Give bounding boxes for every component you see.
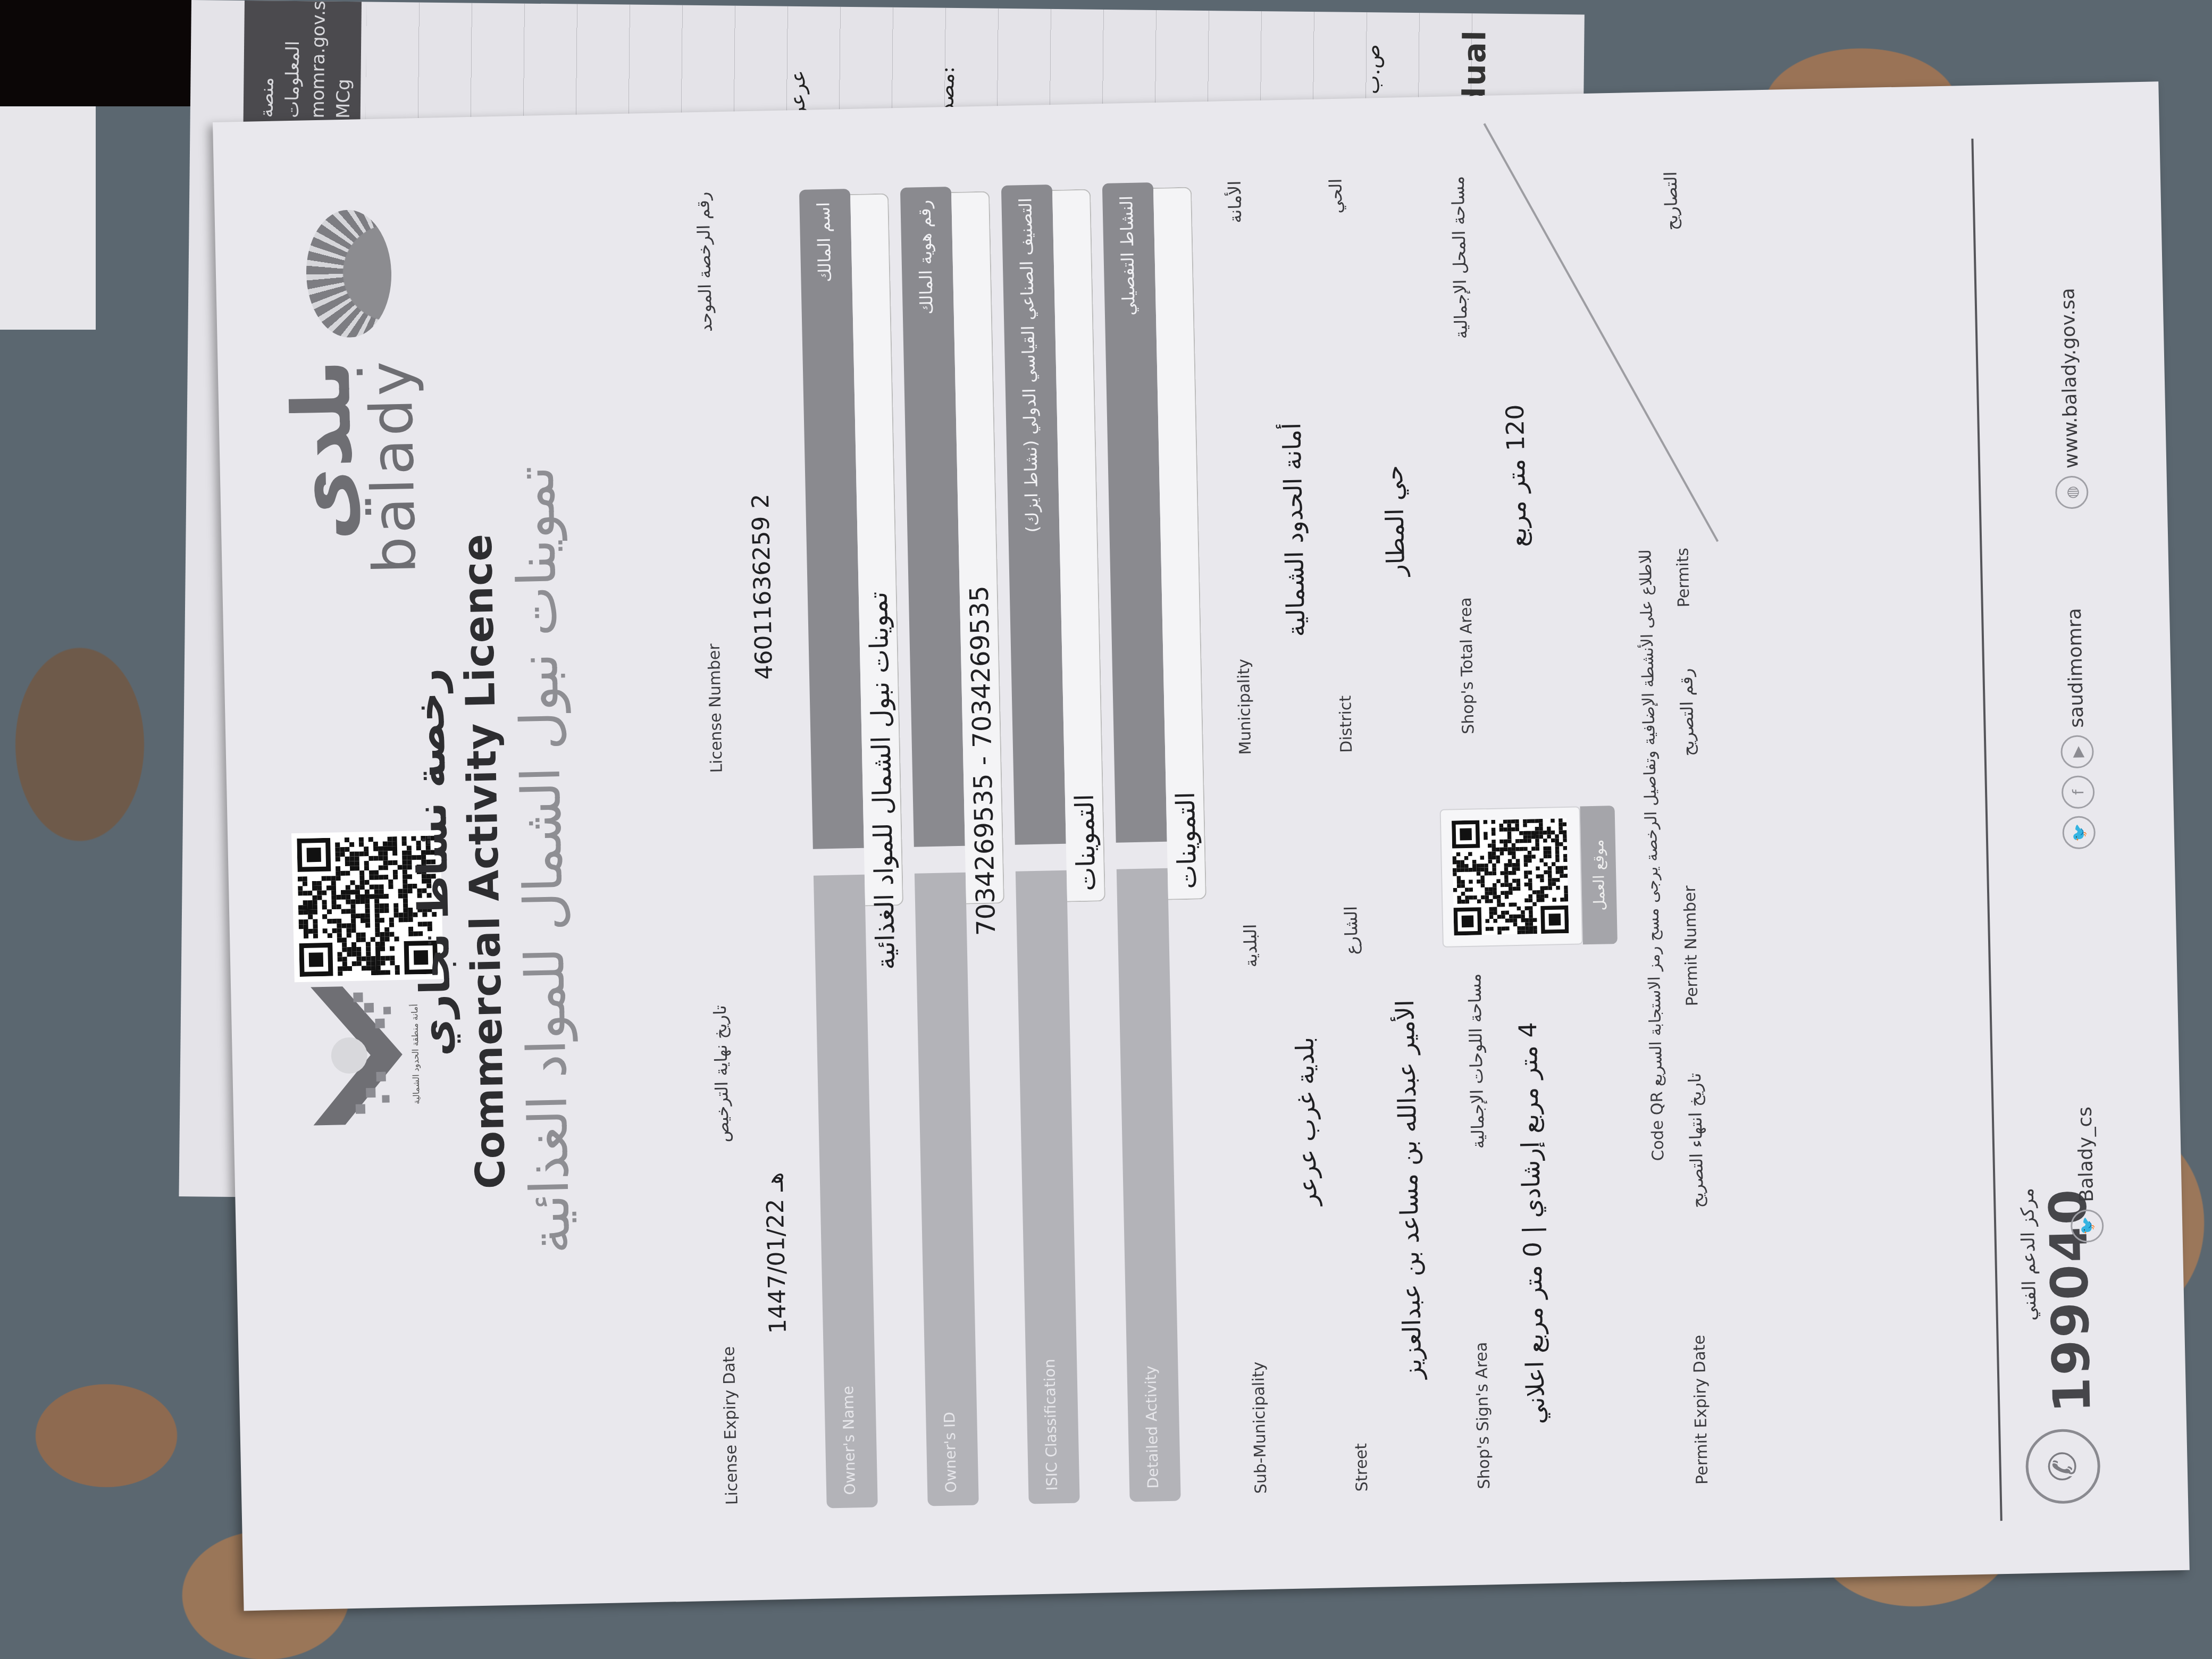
street-label-en: Street — [1352, 1443, 1372, 1492]
permit-expiry-label-ar-wrap: تاريخ انتهاء التصريح — [1685, 1073, 1707, 1208]
permits-label-en: Permits — [1673, 548, 1693, 608]
detailed-activity-label-ar: النشاط التفصيلي — [1116, 196, 1139, 316]
white-paper-edge — [0, 106, 96, 330]
street-value: الأمير عبدالله بن مساعد بن عبدالعزيز — [1390, 1000, 1427, 1379]
twitter-cs[interactable]: 🐦 Balady_cs — [2068, 1106, 2104, 1243]
license-number-label-ar: رقم الرخصة الموحد — [693, 191, 716, 332]
twitter-icon: 🐦 — [2062, 816, 2096, 849]
work-location-qr-box — [1440, 806, 1583, 947]
license-number-field: رقم الرخصة الموحد — [693, 191, 716, 332]
street-value-wrap: الأمير عبدالله بن مساعد بن عبدالعزيز — [1390, 1000, 1427, 1379]
license-expiry-label-en-wrap: License Expiry Date — [719, 1346, 741, 1505]
municipality-label-en-wrap: Municipality — [1235, 659, 1255, 755]
background-band-text: منصة المعلومات momra.gov.sa MCg — [254, 6, 362, 119]
municipality-label-ar: الأمانة — [1225, 180, 1246, 223]
district-value: حي المطار — [1379, 465, 1410, 576]
permits-label-ar: التصاريح — [1661, 171, 1682, 231]
palm-emblem-icon — [305, 209, 393, 338]
municipality-label-ar-wrap: الأمانة — [1225, 180, 1246, 223]
street-label-ar: الشارع — [1340, 906, 1362, 955]
qr-instruction-note: للاطلاع على الأنشطة الإضافية وتفاصيل الر… — [1636, 549, 1668, 1161]
district-label-ar-wrap: الحي — [1326, 178, 1346, 214]
website-url: www.balady.gov.sa — [2057, 288, 2082, 468]
sign-area-label-en-wrap: Shop's Sign's Area — [1472, 1342, 1494, 1489]
street-label-en-wrap: Street — [1352, 1443, 1372, 1492]
website-link[interactable]: ◍ www.balady.gov.sa — [2051, 288, 2089, 509]
permit-expiry-label-en: Permit Expiry Date — [1690, 1335, 1712, 1485]
sub-municipality-label-ar-wrap: البلدية — [1240, 924, 1261, 968]
license-number-label-en: License Number — [705, 643, 726, 773]
social-handles[interactable]: 🐦 f ▶ saudimomra — [2058, 608, 2096, 850]
band-line-ar: منصة المعلومات — [254, 6, 306, 118]
municipality-value: أمانة الحدود الشمالية — [1277, 423, 1310, 638]
licence-header: بلدي balady — [213, 113, 680, 1611]
total-area-label-ar: مساحة المحل الإجمالية — [1448, 176, 1471, 339]
band-line-url: momra.gov.sa MCg — [305, 6, 357, 119]
permit-expiry-label-en-wrap: Permit Expiry Date — [1690, 1335, 1712, 1485]
owner-name-label-ar: اسم المالك — [813, 202, 835, 283]
license-number-label-en-wrap: License Number — [705, 643, 726, 773]
owner-name-label-en: Owner's Name — [839, 1386, 859, 1495]
permits-label-en-wrap: Permits — [1673, 548, 1693, 608]
isic-label-en: ISIC Classification — [1041, 1359, 1061, 1491]
district-label-en: District — [1336, 695, 1356, 752]
sub-municipality-value-wrap: بلدية غرب عرعر — [1290, 1037, 1322, 1206]
license-number-value: 46011636259 2 — [747, 493, 778, 680]
license-expiry-value: 1447/01/22 هـ — [761, 1172, 792, 1334]
commercial-licence-sheet: بلدي balady — [213, 81, 2190, 1611]
sub-municipality-value: بلدية غرب عرعر — [1290, 1037, 1322, 1206]
license-expiry-label-ar: تاريخ نهاية الترخيص — [710, 1005, 733, 1143]
total-area-label-en: Shop's Total Area — [1456, 597, 1478, 734]
district-value-wrap: حي المطار — [1379, 465, 1410, 576]
sign-area-label-ar: مساحة اللوحات الإجمالية — [1464, 973, 1488, 1149]
total-area-label-en-wrap: Shop's Total Area — [1456, 597, 1478, 734]
detailed-activity-value: التموينات — [1171, 792, 1203, 890]
globe-icon: ◍ — [2055, 475, 2089, 509]
handwriting-1: ص.ب — [1360, 44, 1384, 94]
title-block: رخصة نشاط تجاري Commercial Activity Lice… — [393, 115, 590, 1607]
street-label-ar-wrap: الشارع — [1340, 906, 1362, 955]
sign-area-value-wrap: 4 متر مربع إرشادي | 0 متر مربع اعلاني — [1513, 1022, 1551, 1425]
license-expiry-value-wrap: 1447/01/22 هـ — [761, 1172, 792, 1334]
total-area-value-wrap: 120 متر مربع — [1501, 404, 1532, 547]
brand-name-ar: بلدي — [281, 358, 365, 576]
sub-municipality-label-ar: البلدية — [1240, 924, 1261, 968]
sign-area-value: 4 متر مربع إرشادي | 0 متر مربع اعلاني — [1513, 1022, 1551, 1425]
permits-label-ar-wrap: التصاريح — [1661, 171, 1682, 231]
sub-municipality-label-en-wrap: Sub-Municipality — [1249, 1361, 1270, 1494]
permit-expiry-label-ar: تاريخ انتهاء التصريح — [1685, 1073, 1707, 1208]
license-expiry-field: تاريخ نهاية الترخيص — [710, 1005, 733, 1143]
twitter-icon: 🐦 — [2071, 1209, 2104, 1243]
qr-code-icon — [1452, 818, 1569, 935]
youtube-icon: ▶ — [2060, 735, 2094, 768]
total-area-value: 120 متر مربع — [1501, 404, 1532, 547]
licence-footer: ✆ مركز الدعم الفني 199040 🐦 Balady_cs 🐦 … — [1971, 136, 2140, 1521]
district-label-en-wrap: District — [1336, 695, 1356, 752]
owner-id-label-en: Owner's ID — [941, 1412, 960, 1493]
license-number-value-wrap: 46011636259 2 — [747, 493, 778, 680]
work-location-tag: موقع العمل — [1580, 806, 1618, 944]
ministry-emblem-icon — [289, 975, 409, 1137]
detailed-activity-label-en: Detailed Activity — [1142, 1365, 1162, 1489]
municipality-value-wrap: أمانة الحدود الشمالية — [1277, 423, 1310, 638]
twitter-cs-handle: Balady_cs — [2074, 1107, 2098, 1202]
facebook-icon: f — [2062, 775, 2095, 809]
social-handle: saudimomra — [2063, 608, 2088, 728]
phone-icon: ✆ — [2025, 1428, 2101, 1504]
permit-number-label-en-wrap: Permit Number — [1681, 885, 1702, 1006]
permit-number-label-ar: رقم التصريح — [1676, 668, 1698, 756]
sign-area-label-ar-wrap: مساحة اللوحات الإجمالية — [1464, 973, 1488, 1149]
isic-value: التموينات — [1070, 794, 1102, 892]
sign-area-label-en: Shop's Sign's Area — [1472, 1342, 1494, 1489]
sub-municipality-label-en: Sub-Municipality — [1249, 1361, 1270, 1494]
total-area-label-ar-wrap: مساحة المحل الإجمالية — [1448, 176, 1471, 339]
municipality-label-en: Municipality — [1235, 659, 1255, 755]
district-label-ar: الحي — [1326, 178, 1346, 214]
permit-number-label-ar-wrap: رقم التصريح — [1676, 668, 1698, 756]
dark-object — [0, 0, 191, 106]
owner-id-label-ar: رقم هوية المالك — [914, 200, 937, 315]
field-bar-light — [915, 872, 979, 1506]
license-expiry-label-en: License Expiry Date — [719, 1346, 741, 1505]
work-location-qr[interactable]: موقع العمل — [1440, 806, 1618, 948]
permit-number-label-en: Permit Number — [1681, 885, 1702, 1006]
